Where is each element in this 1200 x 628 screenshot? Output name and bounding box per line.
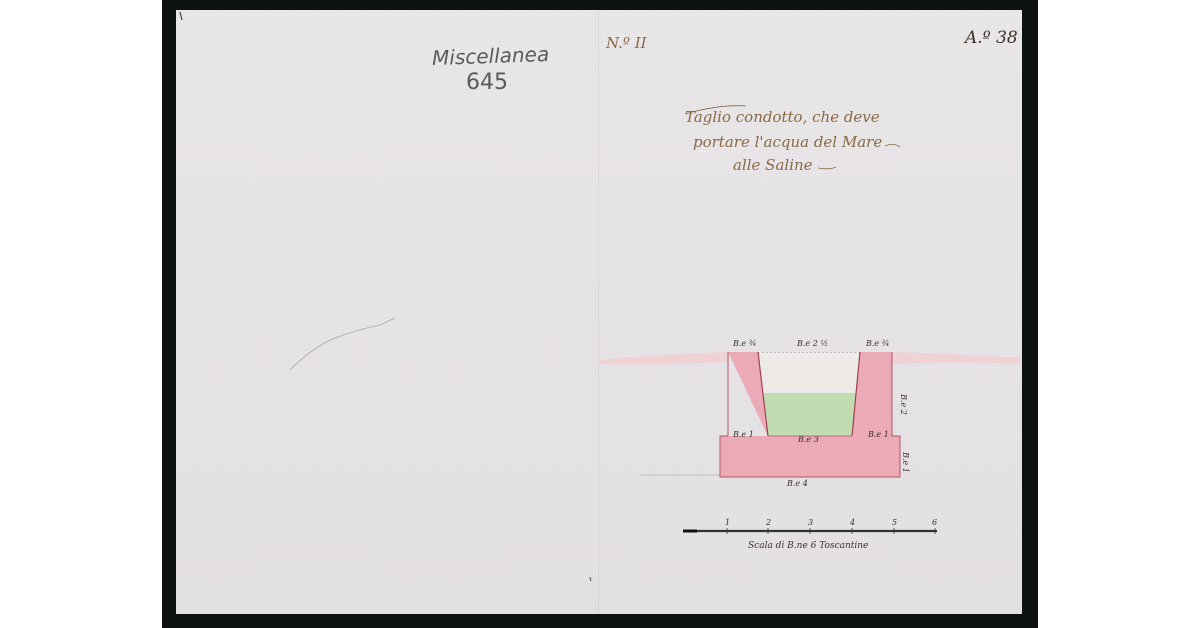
scale-caption: Scala di B.ne 6 Toscantine	[748, 541, 868, 551]
title-flourish-3	[818, 167, 836, 169]
title-line2: portare l'acqua del Mare	[693, 133, 882, 151]
empty-channel	[758, 353, 860, 393]
dim-top-opening: B.e 2 ½	[797, 339, 828, 348]
scale-tick-2: 2	[766, 518, 771, 527]
dim-base-height: B.e 1	[901, 452, 910, 473]
dim-wall-height: B.e 2	[899, 394, 908, 415]
paper-crack	[290, 318, 395, 370]
water-fill	[763, 393, 857, 436]
title-line3: alle Saline	[733, 156, 813, 174]
dim-left-step: B.e 1	[733, 430, 754, 439]
title-line1: Taglio condotto, che deve	[685, 108, 880, 126]
catalog-number: A.º 38	[965, 28, 1018, 48]
ground-wash-right	[892, 352, 1020, 364]
scale-tick-3: 3	[808, 518, 813, 527]
dim-right-step: B.e 1	[868, 430, 889, 439]
corner-mark	[180, 12, 182, 20]
archive-label-line2: 645	[466, 70, 508, 95]
ground-wash-left	[600, 352, 728, 365]
sheet-number: N.º II	[606, 34, 647, 52]
dim-bottom-channel: B.e 3	[798, 435, 819, 444]
drawing-layer	[0, 0, 1200, 628]
title-flourish-2	[885, 144, 900, 147]
dim-top-left-wall: B.e ¾	[733, 339, 756, 348]
dim-base-width: B.e 4	[787, 479, 808, 488]
dim-top-right-wall: B.e ¾	[866, 339, 889, 348]
scale-tick-1: 1	[725, 518, 730, 527]
scale-tick-6: 6	[932, 518, 937, 527]
archive-label-line1: Miscellanea	[432, 42, 550, 70]
scale-tick-4: 4	[850, 518, 855, 527]
ink-speck	[590, 577, 591, 581]
scale-tick-5: 5	[892, 518, 897, 527]
